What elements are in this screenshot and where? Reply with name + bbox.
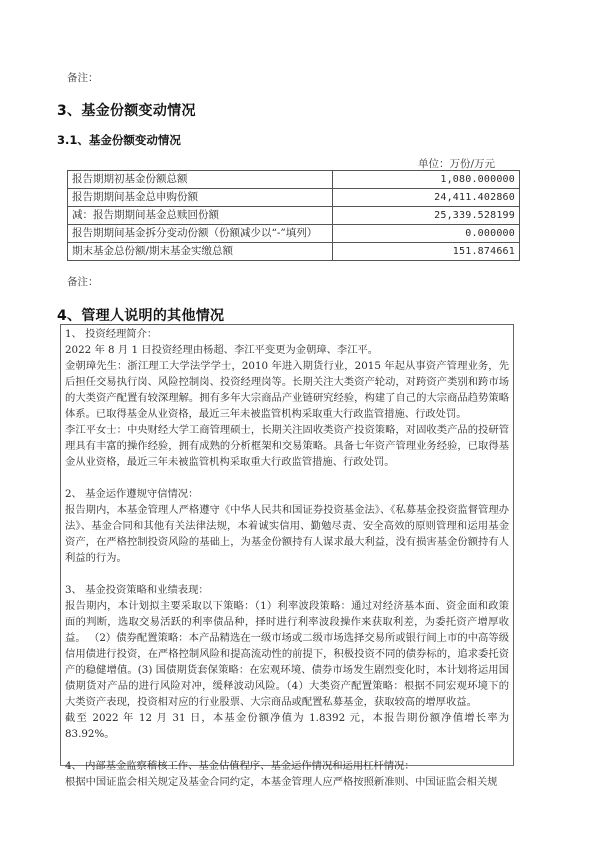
top-note-label: 备注：: [67, 70, 99, 85]
spacer: [65, 470, 509, 486]
spacer: [65, 566, 509, 582]
row-label: 减：报告期期间基金总赎回份额: [68, 207, 333, 225]
section-3-title: 3、基金份额变动情况: [57, 100, 196, 120]
item-4-paragraph: 根据中国证监会相关规定及基金合同约定，本基金管理人应严格按照新准则、中国证监会相…: [65, 774, 509, 790]
item-1-paragraph: 金朝璋先生：浙江理工大学法学学士，2010 年进入期货行业，2015 年起从事资…: [65, 358, 509, 422]
item-3-title: 3、 基金投资策略和业绩表现：: [65, 582, 509, 598]
item-2-paragraph: 报告期内，本基金管理人严格遵守《中华人民共和国证券投资基金法》、《私募基金投资监…: [65, 502, 509, 566]
row-value: 151.874661: [333, 243, 520, 261]
row-value: 24,411.402860: [333, 189, 520, 207]
row-value: 1,080.000000: [333, 171, 520, 189]
item-1-paragraph: 李江平女士：中央财经大学工商管理硕士，长期关注固收类资产投资策略，对固收类产品的…: [65, 422, 509, 470]
item-1-paragraph: 2022 年 8 月 1 日投资经理由杨超、李江平变更为金朝璋、李江平。: [65, 342, 509, 358]
section-4-title: 4、管理人说明的其他情况: [57, 305, 224, 325]
item-4-title: 4、 内部基金监察稽核工作、基金估值程序、基金运作情况和运用杠杆情况：: [65, 758, 509, 774]
fund-share-change-table: 报告期期初基金份额总额 1,080.000000 报告期期间基金总申购份额 24…: [67, 170, 520, 261]
row-value: 25,339.528199: [333, 207, 520, 225]
row-label: 报告期期初基金份额总额: [68, 171, 333, 189]
manager-notes-box: 1、 投资经理简介： 2022 年 8 月 1 日投资经理由杨超、李江平变更为金…: [60, 324, 514, 766]
item-2-title: 2、 基金运作遵规守信情况：: [65, 486, 509, 502]
item-3-paragraph: 截至 2022 年 12 月 31 日，本基金份额净值为 1.8392 元，本报…: [65, 710, 509, 742]
item-3-paragraph: 报告期内，本计划拟主要采取以下策略：（1）利率波段策略：通过对经济基本面、资金面…: [65, 598, 509, 710]
item-1-title: 1、 投资经理简介：: [65, 326, 509, 342]
unit-label: 单位：万份/万元: [418, 156, 495, 171]
table-row: 报告期期间基金拆分变动份额（份额减少以“-”填列） 0.000000: [68, 225, 520, 243]
section-3-1-subtitle: 3.1、基金份额变动情况: [57, 132, 181, 148]
table-row: 报告期期间基金总申购份额 24,411.402860: [68, 189, 520, 207]
table-row: 期末基金总份额/期末基金实缴总额 151.874661: [68, 243, 520, 261]
table-row: 报告期期初基金份额总额 1,080.000000: [68, 171, 520, 189]
row-label: 报告期期间基金总申购份额: [68, 189, 333, 207]
spacer: [65, 742, 509, 758]
section-3-note-label: 备注：: [67, 274, 99, 289]
row-label: 报告期期间基金拆分变动份额（份额减少以“-”填列）: [68, 225, 333, 243]
row-value: 0.000000: [333, 225, 520, 243]
table-row: 减：报告期期间基金总赎回份额 25,339.528199: [68, 207, 520, 225]
row-label: 期末基金总份额/期末基金实缴总额: [68, 243, 333, 261]
